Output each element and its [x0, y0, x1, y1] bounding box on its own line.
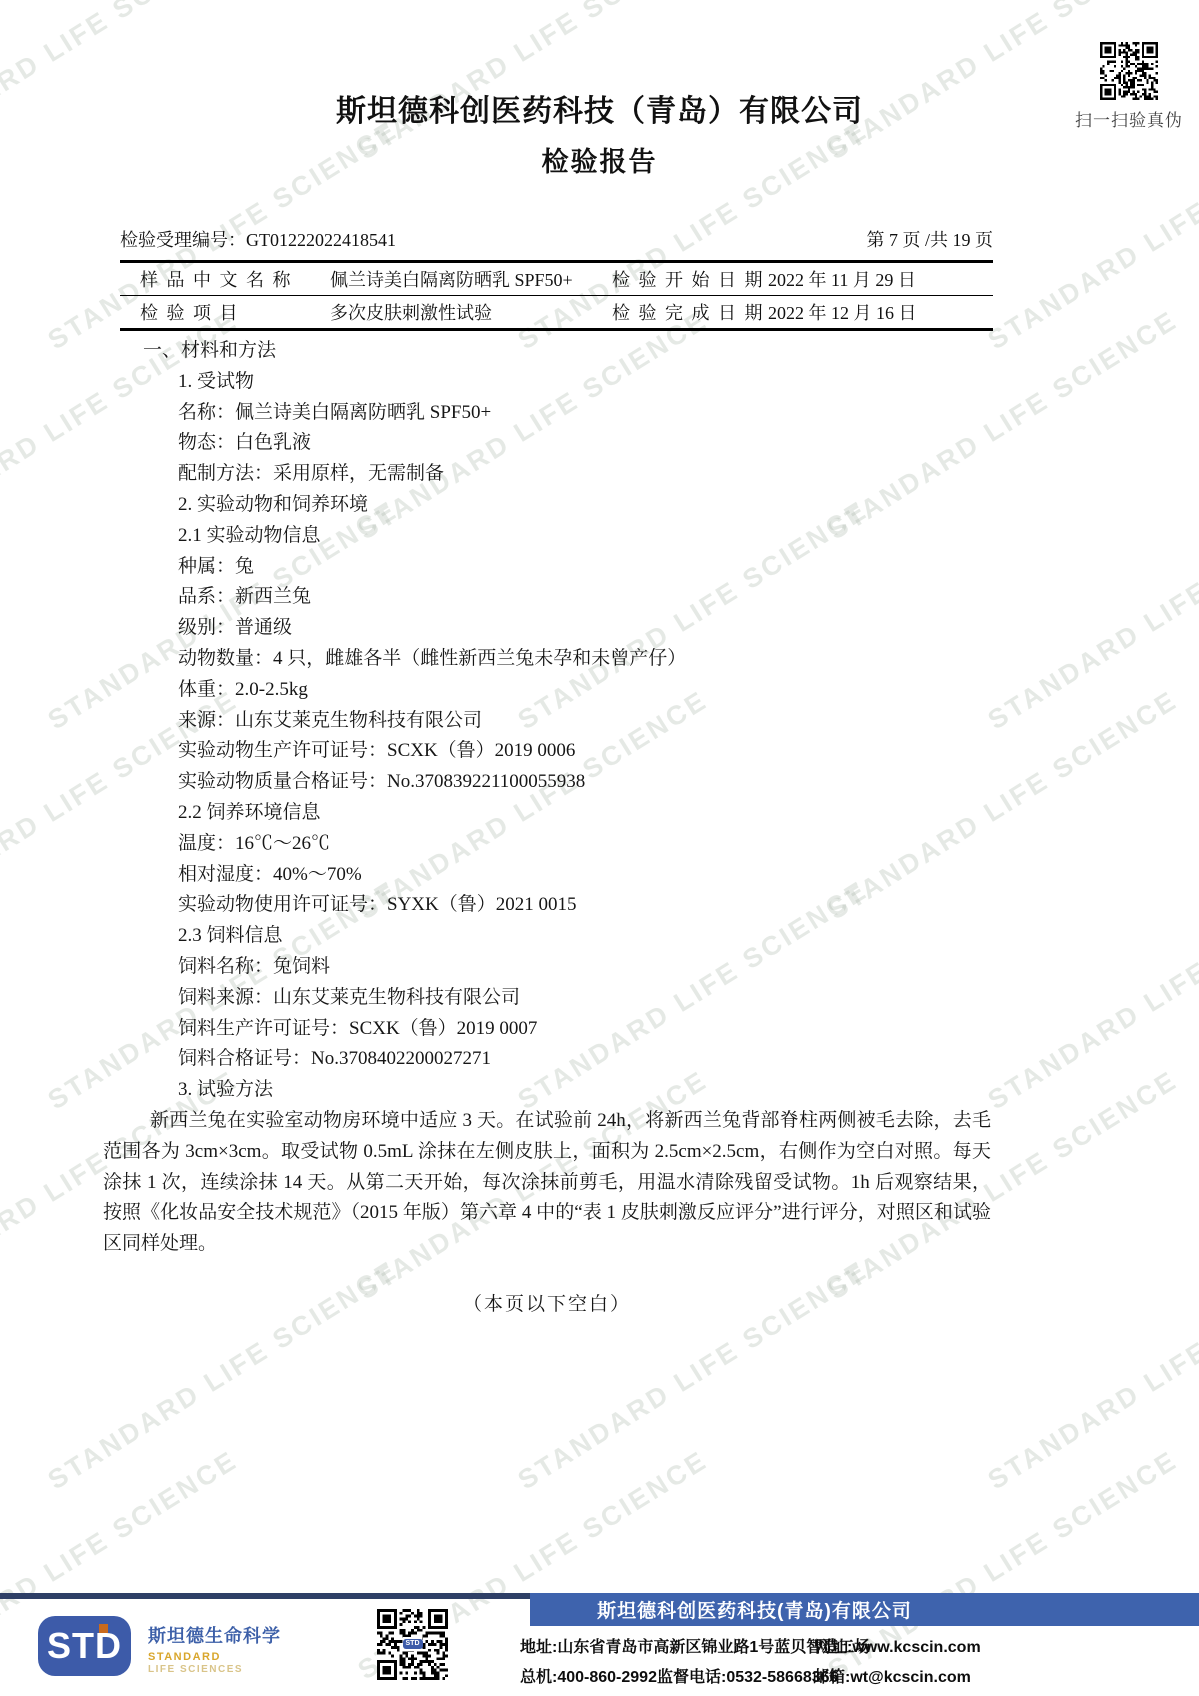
body-line: 种属：兔	[103, 552, 991, 583]
body-line: 饲料名称：兔饲料	[103, 952, 991, 983]
body-line: 实验动物生产许可证号：SCXK（鲁）2019 0006	[103, 736, 991, 767]
row-value-2: 2022 年 12 月 16 日	[768, 299, 993, 325]
row-value-1: 佩兰诗美白隔离防晒乳 SPF50+	[330, 266, 592, 292]
logo-dot	[99, 1624, 108, 1633]
verify-qr-caption: 扫一扫验真伪	[1058, 106, 1199, 131]
body-line: 饲料合格证号：No.3708402200027271	[103, 1044, 991, 1075]
footer-qr-logo: STD	[403, 1637, 422, 1651]
row-label-2: 检 验 开 始 日 期	[592, 266, 768, 292]
body-line: 3. 试验方法	[103, 1075, 991, 1106]
footer-qr-code: STD	[377, 1609, 448, 1680]
body-line: 实验动物质量合格证号：No.370839221100055938	[103, 767, 991, 798]
seal-stamp-fragment: 验章	[1182, 331, 1199, 572]
footer-supervise-phone: 监督电话:0532-58668366	[657, 1664, 838, 1687]
footer-divider-line	[0, 1593, 530, 1599]
body-line: 2.3 饲料信息	[103, 921, 991, 952]
table-row: 检 验 项 目 多次皮肤刺激性试验 检 验 完 成 日 期 2022 年 12 …	[120, 295, 993, 328]
footer-email: 邮箱:wt@kcscin.com	[813, 1664, 971, 1687]
body-line: 来源：山东艾莱克生物科技有限公司	[103, 706, 991, 737]
body-line: 名称：佩兰诗美白隔离防晒乳 SPF50+	[103, 398, 991, 429]
std-logo: STD	[38, 1616, 131, 1676]
body-line: 品系：新西兰兔	[103, 582, 991, 613]
report-meta-row: 检验受理编号：GT01222022418541 第 7 页 /共 19 页	[120, 226, 993, 252]
row-label-2: 检 验 完 成 日 期	[592, 299, 768, 325]
body-line: 新西兰兔在实验室动物房环境中适应 3 天。在试验前 24h，将新西兰兔背部脊柱两…	[103, 1106, 991, 1260]
page-title: 检验报告	[0, 140, 1199, 179]
body-line: 级别：普通级	[103, 613, 991, 644]
report-page: STANDARD LIFE SCIENCESTANDARD LIFE SCIEN…	[0, 0, 1199, 1696]
table-row: 样 品 中 文 名 称 佩兰诗美白隔离防晒乳 SPF50+ 检 验 开 始 日 …	[120, 263, 993, 295]
body-line: （本页以下空白）	[103, 1290, 991, 1321]
body-line: 2.1 实验动物信息	[103, 521, 991, 552]
body-line: 一、材料和方法	[103, 336, 991, 367]
body-line: 温度：16℃～26℃	[103, 829, 991, 860]
brand-name-en-2: LIFE SCIENCES	[148, 1664, 281, 1675]
body-line: 体重：2.0-2.5kg	[103, 675, 991, 706]
row-value-1: 多次皮肤刺激性试验	[330, 299, 592, 325]
body-line: 相对湿度：40%～70%	[103, 860, 991, 891]
body-line: 物态：白色乳液	[103, 428, 991, 459]
sample-info-table: 样 品 中 文 名 称 佩兰诗美白隔离防晒乳 SPF50+ 检 验 开 始 日 …	[120, 260, 993, 331]
page-number: 第 7 页 /共 19 页	[866, 226, 993, 252]
verify-qr-code	[1100, 42, 1158, 100]
brand-name-cn: 斯坦德生命科学	[148, 1622, 281, 1648]
std-logo-text: STD	[47, 1625, 122, 1667]
body-line: 实验动物使用许可证号：SYXK（鲁）2021 0015	[103, 890, 991, 921]
body-line: 1. 受试物	[103, 367, 991, 398]
footer-website: 网址:www.kcscin.com	[815, 1634, 981, 1657]
body-line: 2. 实验动物和饲养环境	[103, 490, 991, 521]
company-title: 斯坦德科创医药科技（青岛）有限公司	[0, 86, 1199, 130]
footer-phone: 总机:400-860-2992	[520, 1664, 657, 1687]
body-line: 饲料生产许可证号：SCXK（鲁）2019 0007	[103, 1014, 991, 1045]
footer-company-banner: 斯坦德科创医药科技(青岛)有限公司	[530, 1593, 1199, 1626]
body-line: 配制方法：采用原样，无需制备	[103, 459, 991, 490]
body-line: 动物数量：4 只，雌雄各半（雌性新西兰兔未孕和未曾产仔）	[103, 644, 991, 675]
body-line: 2.2 饲养环境信息	[103, 798, 991, 829]
accept-number: 检验受理编号：GT01222022418541	[120, 226, 396, 252]
brand-name-en-1: STANDARD	[148, 1651, 281, 1663]
row-label-1: 检 验 项 目	[120, 299, 330, 325]
row-label-1: 样 品 中 文 名 称	[120, 266, 330, 292]
body-line: 饲料来源：山东艾莱克生物科技有限公司	[103, 983, 991, 1014]
brand-block: 斯坦德生命科学 STANDARD LIFE SCIENCES	[148, 1622, 281, 1675]
report-body: 一、材料和方法1. 受试物名称：佩兰诗美白隔离防晒乳 SPF50+物态：白色乳液…	[103, 336, 991, 1321]
row-value-2: 2022 年 11 月 29 日	[768, 266, 993, 292]
